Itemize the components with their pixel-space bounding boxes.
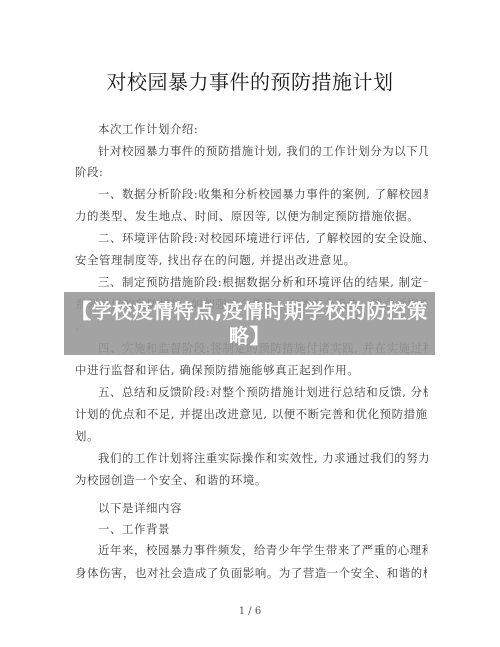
paragraph-line: 一、数据分析阶段:收集和分析校园暴力事件的案例, 了解校园暴	[98, 187, 428, 201]
paragraph-line: 本次工作计划介绍:	[98, 122, 428, 136]
paragraph-line: 划。	[75, 429, 427, 443]
headline-banner[interactable]: 【学校疫情特点,疫情时期学校的防控策略】	[64, 292, 435, 355]
paragraph-line: 针对校园暴力事件的预防措施计划, 我们的工作计划分为以下几个	[98, 144, 428, 158]
paragraph-line: 力的类型、发生地点、时间、原因等, 以便为制定预防措施依据。	[75, 209, 427, 223]
paragraph-line: 五、总结和反馈阶段:对整个预防措施计划进行总结和反馈, 分析	[98, 385, 428, 399]
paragraph-line: 安全管理制度等, 找出存在的问题, 并提出改进意见。	[75, 253, 427, 267]
paragraph-line: 中进行监督和评估, 确保预防措施能够真正起到作用。	[75, 363, 427, 377]
paragraph-line: 身体伤害，也对社会造成了负面影响。为了营造一个安全、和谐的校	[75, 566, 427, 580]
paragraph-line: 三、制定预防措施阶段:根据数据分析和环境评估的结果, 制定一	[98, 275, 428, 289]
document-title: 对校园暴力事件的预防措施计划	[0, 66, 500, 95]
paragraph-line: 一、工作背景	[98, 522, 428, 536]
page-number: 1 / 6	[0, 606, 500, 617]
paragraph-line: 近年来，校园暴力事件频发，给青少年学生带来了严重的心理和	[98, 543, 428, 557]
paragraph-line: 阶段:	[75, 165, 427, 179]
paragraph-line: 计划的优点和不足, 并提出改进意见, 以便不断完善和优化预防措施计	[75, 407, 427, 421]
paragraph-line: 二、环境评估阶段:对校园环境进行评估, 了解校园的安全设施、	[98, 231, 428, 245]
headline-banner-text[interactable]: 【学校疫情特点,疫情时期学校的防控策略】	[70, 299, 430, 349]
paragraph-line: 以下是详细内容	[98, 501, 428, 515]
paragraph-line: 为校园创造一个安全、和谐的环境。	[75, 473, 427, 487]
paragraph-line: 我们的工作计划将注重实际操作和实效性, 力求通过我们的努力,	[98, 451, 428, 465]
